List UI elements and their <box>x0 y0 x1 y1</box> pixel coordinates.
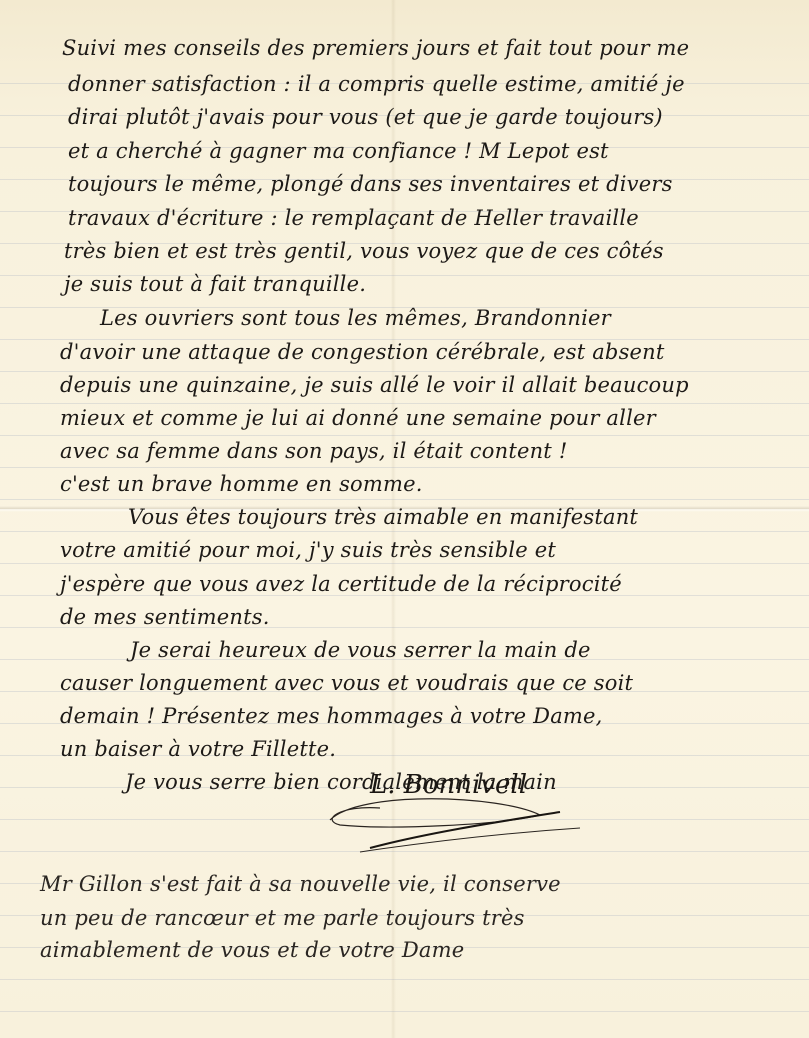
body-line: et a cherché à gagner ma confiance ! M L… <box>68 139 609 163</box>
postscript-line: aimablement de vous et de votre Dame <box>40 938 464 962</box>
body-line: toujours le même, plongé dans ses invent… <box>68 172 673 196</box>
body-line: donner satisfaction : il a compris quell… <box>68 72 685 96</box>
body-line: un baiser à votre Fillette. <box>60 737 336 761</box>
postscript-line: un peu de rancœur et me parle toujours t… <box>40 906 525 930</box>
body-line: d'avoir une attaque de congestion cérébr… <box>60 340 665 364</box>
signature-text: L. Bonnivell <box>370 770 527 800</box>
body-line: c'est un brave homme en somme. <box>60 472 423 496</box>
body-line: causer longuement avec vous et voudrais … <box>60 671 633 695</box>
body-line: Les ouvriers sont tous les mêmes, Brando… <box>100 306 611 330</box>
body-line: travaux d'écriture : le remplaçant de He… <box>68 206 639 230</box>
body-line: Suivi mes conseils des premiers jours et… <box>62 36 689 60</box>
body-line: j'espère que vous avez la certitude de l… <box>60 572 622 596</box>
body-line: demain ! Présentez mes hommages à votre … <box>60 704 603 728</box>
body-line: mieux et comme je lui ai donné une semai… <box>60 406 656 430</box>
body-line: je suis tout à fait tranquille. <box>64 272 366 296</box>
body-line: de mes sentiments. <box>60 605 270 629</box>
body-line: depuis une quinzaine, je suis allé le vo… <box>60 373 689 397</box>
body-line: Je serai heureux de vous serrer la main … <box>130 638 591 662</box>
body-line: dirai plutôt j'avais pour vous (et que j… <box>68 105 663 129</box>
body-line: très bien et est très gentil, vous voyez… <box>64 239 664 263</box>
body-line: votre amitié pour moi, j'y suis très sen… <box>60 538 556 562</box>
postscript-line: Mr Gillon s'est fait à sa nouvelle vie, … <box>40 872 561 896</box>
body-line: avec sa femme dans son pays, il était co… <box>60 439 567 463</box>
body-line: Vous êtes toujours très aimable en manif… <box>128 505 638 529</box>
signature: L. Bonnivell <box>300 770 600 860</box>
